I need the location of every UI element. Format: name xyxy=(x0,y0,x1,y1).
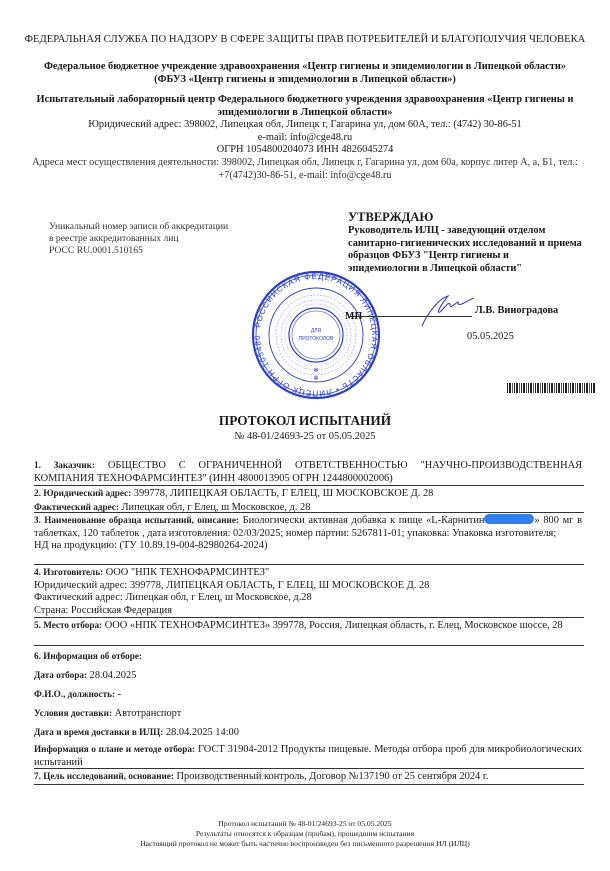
barcode xyxy=(507,383,596,393)
actual-address-label: Фактический адрес: xyxy=(34,502,119,512)
footer-line3: Настоящий протокол не может быть частичн… xyxy=(0,839,610,849)
svg-text:ДЛЯ: ДЛЯ xyxy=(311,328,322,334)
delivery-value: Автотранспорт xyxy=(115,708,182,719)
approval-date: 05.05.2025 xyxy=(467,331,514,342)
stamp-icon: РОССИЙСКАЯ ФЕДЕРАЦИЯ ЛИПЕЦКАЯ ОБЛАСТЬ • … xyxy=(246,270,386,400)
footer-line2: Результаты относятся к образцам (пробам)… xyxy=(0,829,610,839)
manufacturer-country: Страна: Российская Федерация xyxy=(34,605,582,618)
actual-address-value: Липецкая обл, г Елец, ш Московское, д. 2… xyxy=(122,502,311,513)
manufacturer-legal-address: Юридический адрес: 399778, ЛИПЕЦКАЯ ОБЛА… xyxy=(34,580,582,593)
manufacturer-actual-address: Фактический адрес: Липецкая обл, г Елец,… xyxy=(34,592,582,605)
sample-nd: НД на продукцию: (ТУ 10.89.19-004-829802… xyxy=(34,540,582,553)
section-manufacturer: 4. Изготовитель: ООО "НПК ТЕХНОФАРМСИНТЕ… xyxy=(34,566,582,617)
divider xyxy=(34,485,584,486)
accreditation-line1: Уникальный номер записи об аккредитации xyxy=(49,221,228,233)
approval-position: Руководитель ИЛЦ - заведующий отделом са… xyxy=(348,225,583,275)
sampling-place-value: ООО «НПК ТЕХНОФАРМСИНТЕЗ» 399778, Россия… xyxy=(105,620,563,631)
accreditation-number: РОСС RU.0001.510165 xyxy=(49,245,228,257)
signer-name: Л.В. Виноградова xyxy=(475,305,558,316)
divider xyxy=(34,784,584,785)
sample-value-start: Биологически активная добавка к пище «L-… xyxy=(243,515,485,526)
person-value: - xyxy=(118,689,121,700)
sampling-plan: Информация о плане и методе отбора: ГОСТ… xyxy=(34,743,582,769)
divider xyxy=(34,617,584,618)
section-sampling-info: 6. Информация об отборе: Дата отбора: 28… xyxy=(34,647,582,742)
mp-label: МП xyxy=(345,311,362,322)
sample-label: 3. Наименование образца испытаний, описа… xyxy=(34,515,239,525)
customer-value: ОБЩЕСТВО С ОГРАНИЧЕННОЙ ОТВЕТСТВЕННОСТЬЮ… xyxy=(34,460,582,484)
sampling-place-label: 5. Место отбора: xyxy=(34,620,102,630)
signature xyxy=(418,290,478,335)
accreditation-line2: в реестре аккредитованных лиц xyxy=(49,233,228,245)
approval-title: УТВЕРЖДАЮ xyxy=(348,210,583,225)
person-label: Ф.И.О., должность: xyxy=(34,689,115,699)
customer-label: 1. Заказчик: xyxy=(34,460,95,470)
sampling-date-value: 28.04.2025 xyxy=(90,670,137,681)
lab-block: Испытательный лабораторный центр Федерал… xyxy=(20,94,590,157)
lab-name: Испытательный лабораторный центр Федерал… xyxy=(20,94,590,119)
institution-line1: Федеральное бюджетное учреждение здравоо… xyxy=(20,61,590,74)
accreditation-block: Уникальный номер записи об аккредитации … xyxy=(49,221,228,257)
sampling-plan-label: Информация о плане и методе отбора: xyxy=(34,744,195,754)
redaction-mark xyxy=(484,514,534,524)
section-customer: 1. Заказчик: ОБЩЕСТВО С ОГРАНИЧЕННОЙ ОТВ… xyxy=(34,459,582,485)
footer-line1: Протокол испытаний № 48-01/24693-25 от 0… xyxy=(0,819,610,829)
manufacturer-value: ООО "НПК ТЕХНОФАРМСИНТЕЗ" xyxy=(106,567,270,578)
lab-email: e-mail: info@cge48.ru xyxy=(20,132,590,145)
protocol-number: № 48-01/24693-25 от 05.05.2025 xyxy=(0,431,610,442)
svg-text:✻: ✻ xyxy=(313,367,318,374)
section-purpose: 7. Цель исследований, основание: Произво… xyxy=(34,770,582,784)
legal-address-value: 399778, ЛИПЕЦКАЯ ОБЛАСТЬ, Г ЕЛЕЦ, Ш МОСК… xyxy=(134,488,434,499)
purpose-label: 7. Цель исследований, основание: xyxy=(34,771,174,781)
delivery-time-label: Дата и время доставки в ИЛЦ: xyxy=(34,727,163,737)
sampling-info-label: 6. Информация об отборе: xyxy=(34,647,582,666)
institution-line2: (ФБУЗ «Центр гигиены и эпидемиологии в Л… xyxy=(20,74,590,87)
manufacturer-label: 4. Изготовитель: xyxy=(34,567,103,577)
protocol-title: ПРОТОКОЛ ИСПЫТАНИЙ xyxy=(0,413,610,429)
section-sample: 3. Наименование образца испытаний, описа… xyxy=(34,514,582,553)
signature-icon xyxy=(418,290,478,330)
sampling-date-label: Дата отбора: xyxy=(34,670,87,680)
legal-address: Юридический адрес: 398002, Липецкая обл,… xyxy=(20,119,590,132)
divider xyxy=(34,564,584,565)
official-stamp: РОССИЙСКАЯ ФЕДЕРАЦИЯ ЛИПЕЦКАЯ ОБЛАСТЬ • … xyxy=(246,270,386,400)
delivery-time-value: 28.04.2025 14:00 xyxy=(166,727,239,738)
svg-text:✻: ✻ xyxy=(313,375,318,382)
divider xyxy=(34,768,584,769)
approval-block: УТВЕРЖДАЮ Руководитель ИЛЦ - заведующий … xyxy=(348,210,583,275)
svg-text:ПРОТОКОЛОВ: ПРОТОКОЛОВ xyxy=(299,336,334,342)
purpose-value: Производственный контроль, Договор №1371… xyxy=(177,771,489,782)
section-sampling-place: 5. Место отбора: ООО «НПК ТЕХНОФАРМСИНТЕ… xyxy=(34,619,582,633)
legal-address-label: 2. Юридический адрес: xyxy=(34,488,131,498)
divider xyxy=(34,512,584,513)
institution-name: Федеральное бюджетное учреждение здравоо… xyxy=(20,61,590,86)
section-legal-address: 2. Юридический адрес: 399778, ЛИПЕЦКАЯ О… xyxy=(34,487,582,514)
ogrn-inn: ОГРН 1054800204073 ИНН 4826045274 xyxy=(20,144,590,157)
activity-address: Адреса мест осуществления деятельности: … xyxy=(20,157,590,182)
page-footer: Протокол испытаний № 48-01/24693-25 от 0… xyxy=(0,819,610,849)
delivery-label: Условия доставки: xyxy=(34,708,112,718)
divider xyxy=(34,645,584,646)
agency-name: ФЕДЕРАЛЬНАЯ СЛУЖБА ПО НАДЗОРУ В СФЕРЕ ЗА… xyxy=(20,33,590,46)
